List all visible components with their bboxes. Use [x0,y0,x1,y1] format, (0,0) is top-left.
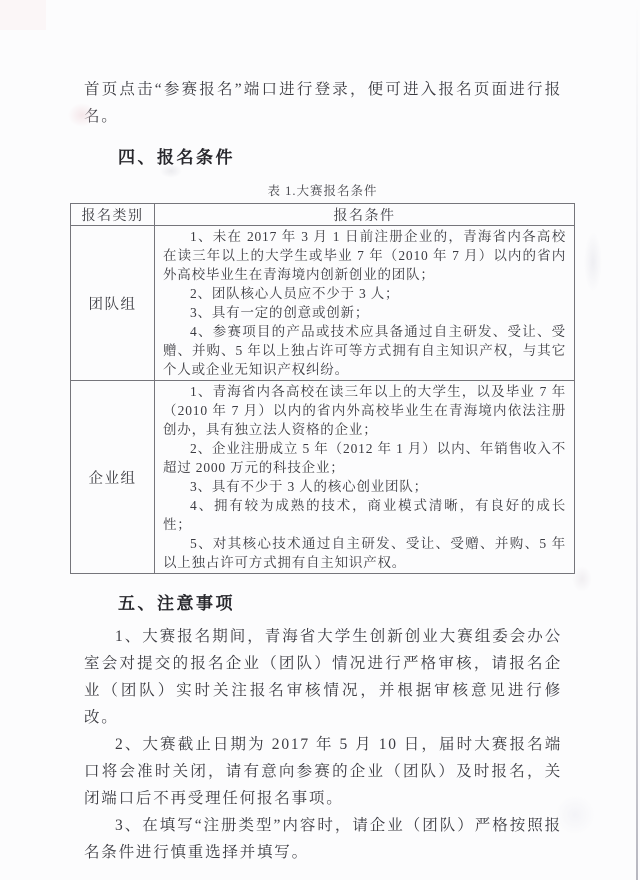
condition-item: 2、团队核心人员应不少于 3 人； [163,284,566,303]
note-paragraph-2: 2、大赛截止日期为 2017 年 5 月 10 日，届时大赛报名端口将会准时关闭… [84,731,562,812]
notes-section: 1、大赛报名期间，青海省大学生创新创业大赛组委会办公室会对提交的报名企业（团队）… [84,623,562,866]
category-cell-enterprise: 企业组 [71,381,155,574]
section-5-heading: 五、注意事项 [118,589,640,614]
column-header-category: 报名类别 [71,204,155,226]
condition-item: 3、具有不少于 3 人的核心创业团队； [163,477,566,496]
table-row-team-group: 团队组 1、未在 2017 年 3 月 1 日前注册企业的，青海省内各高校在读三… [71,226,575,381]
scan-smudge [584,232,602,292]
table-row-enterprise-group: 企业组 1、青海省内各高校在读三年以上的大学生，以及毕业 7 年（2010 年 … [71,381,575,574]
table-caption: 表 1.大赛报名条件 [70,181,575,199]
intro-paragraph: 首页点击“参赛报名”端口进行登录，便可进入报名页面进行报名。 [84,76,562,130]
condition-item: 1、未在 2017 年 3 月 1 日前注册企业的，青海省内各高校在读三年以上的… [163,227,566,284]
scanned-document-page: 首页点击“参赛报名”端口进行登录，便可进入报名页面进行报名。 四、报名条件 表 … [0,0,640,880]
scan-edge-shadow [636,0,638,880]
conditions-cell-team: 1、未在 2017 年 3 月 1 日前注册企业的，青海省内各高校在读三年以上的… [155,226,575,381]
category-cell-team: 团队组 [71,226,155,381]
table-header-row: 报名类别 报名条件 [71,204,575,226]
condition-item: 3、具有一定的创意或创新； [163,303,566,322]
condition-item: 4、拥有较为成熟的技术，商业模式清晰，有良好的成长性； [163,496,566,534]
conditions-cell-enterprise: 1、青海省内各高校在读三年以上的大学生，以及毕业 7 年（2010 年 7 月）… [155,381,575,574]
note-paragraph-3: 3、在填写“注册类型”内容时，请企业（团队）严格按照报名条件进行慎重选择并填写。 [84,812,562,866]
condition-item: 5、对其核心技术通过自主研发、受让、受赠、并购、5 年以上独占许可方式拥有自主知… [163,534,566,572]
registration-conditions-table: 报名类别 报名条件 团队组 1、未在 2017 年 3 月 1 日前注册企业的，… [70,203,575,574]
note-paragraph-1: 1、大赛报名期间，青海省大学生创新创业大赛组委会办公室会对提交的报名企业（团队）… [84,623,562,731]
condition-item: 4、参赛项目的产品或技术应具备通过自主研发、受让、受赠、并购、5 年以上独占许可… [163,322,566,379]
condition-item: 2、企业注册成立 5 年（2012 年 1 月）以内、年销售收入不超过 2000… [163,439,566,477]
section-4-heading: 四、报名条件 [118,143,640,168]
scan-smudge-top-left [0,0,46,30]
condition-item: 1、青海省内各高校在读三年以上的大学生，以及毕业 7 年（2010 年 7 月）… [163,382,566,439]
column-header-conditions: 报名条件 [155,204,575,226]
